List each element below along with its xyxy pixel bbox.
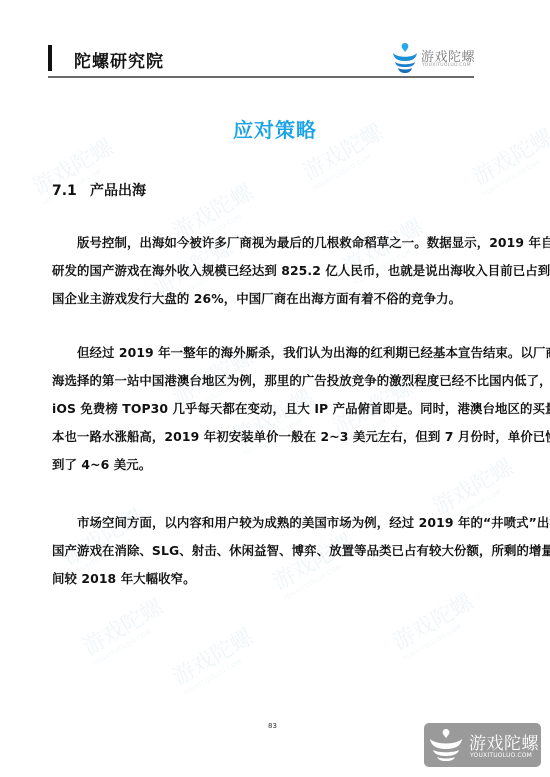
paragraph: 但经过 2019 年一整年的海外厮杀，我们认为出海的红利期已经基本宣告结束。以厂… (52, 339, 498, 479)
paragraph-line: 市场空间方面，以内容和用户较为成熟的美国市场为例，经过 2019 年的“井喷式”… (52, 509, 498, 537)
paragraph-line: 间较 2018 年大幅收窄。 (52, 565, 498, 593)
paragraph-line: 但经过 2019 年一整年的海外厮杀，我们认为出海的红利期已经基本宣告结束。以厂… (52, 339, 498, 367)
paragraph-line: 版号控制，出海如今被许多厂商视为最后的几根救命稻草之一。数据显示，2019 年自… (52, 229, 498, 257)
header-title: 陀螺研究院 (74, 47, 164, 72)
footer-logo: 游戏陀螺 YOUXITUOLUO.COM (424, 723, 541, 767)
paragraph: 版号控制，出海如今被许多厂商视为最后的几根救命稻草之一。数据显示，2019 年自… (52, 229, 498, 313)
paragraph-line: 国产游戏在消除、SLG、射击、休闲益智、博弈、放置等品类已占有较大份额，所剩的增… (52, 537, 498, 565)
watermark: 游戏陀螺YOUXITUOLUO.COM (166, 621, 261, 698)
watermark: 游戏陀螺YOUXITUOLUO.COM (76, 591, 171, 668)
chapter-title: 应对策略 (0, 114, 550, 143)
header-divider (48, 76, 474, 78)
section-heading: 7.1产品出海 (52, 180, 146, 200)
logo-name: 游戏陀螺 (469, 729, 539, 754)
logo-domain: YOUXITUOLUO.COM (470, 752, 532, 759)
section-title: 产品出海 (90, 183, 146, 199)
paragraph-line: 国企业主游戏发行大盘的 26%，中国厂商在出海方面有着不俗的竞争力。 (52, 285, 498, 313)
paragraph-line: iOS 免费榜 TOP30 几乎每天都在变动，且大 IP 产品俯首即是。同时，港… (52, 395, 498, 423)
page-number: 83 (268, 722, 277, 730)
paragraph-line: 海选择的第一站中国港澳台地区为例，那里的广告投放竞争的激烈程度已经不比国内低了，… (52, 367, 498, 395)
gyro-logo-icon (392, 42, 418, 74)
gyro-logo-icon (429, 728, 463, 762)
logo-domain: YOUXITUOLUO.COM (422, 63, 471, 68)
paragraph: 市场空间方面，以内容和用户较为成熟的美国市场为例，经过 2019 年的“井喷式”… (52, 509, 498, 593)
paragraph-line: 本也一路水涨船高，2019 年初安装单价一般在 2~3 美元左右，但到 7 月份… (52, 423, 498, 451)
header-logo: 游戏陀螺 YOUXITUOLUO.COM (392, 42, 512, 76)
watermark: 游戏陀螺YOUXITUOLUO.COM (386, 586, 481, 663)
paragraph-line: 到了 4~6 美元。 (52, 451, 498, 479)
section-number: 7.1 (52, 183, 90, 199)
paragraph-line: 研发的国产游戏在海外收入规模已经达到 825.2 亿人民币，也就是说出海收入目前… (52, 257, 498, 285)
header-accent-bar (48, 45, 52, 71)
